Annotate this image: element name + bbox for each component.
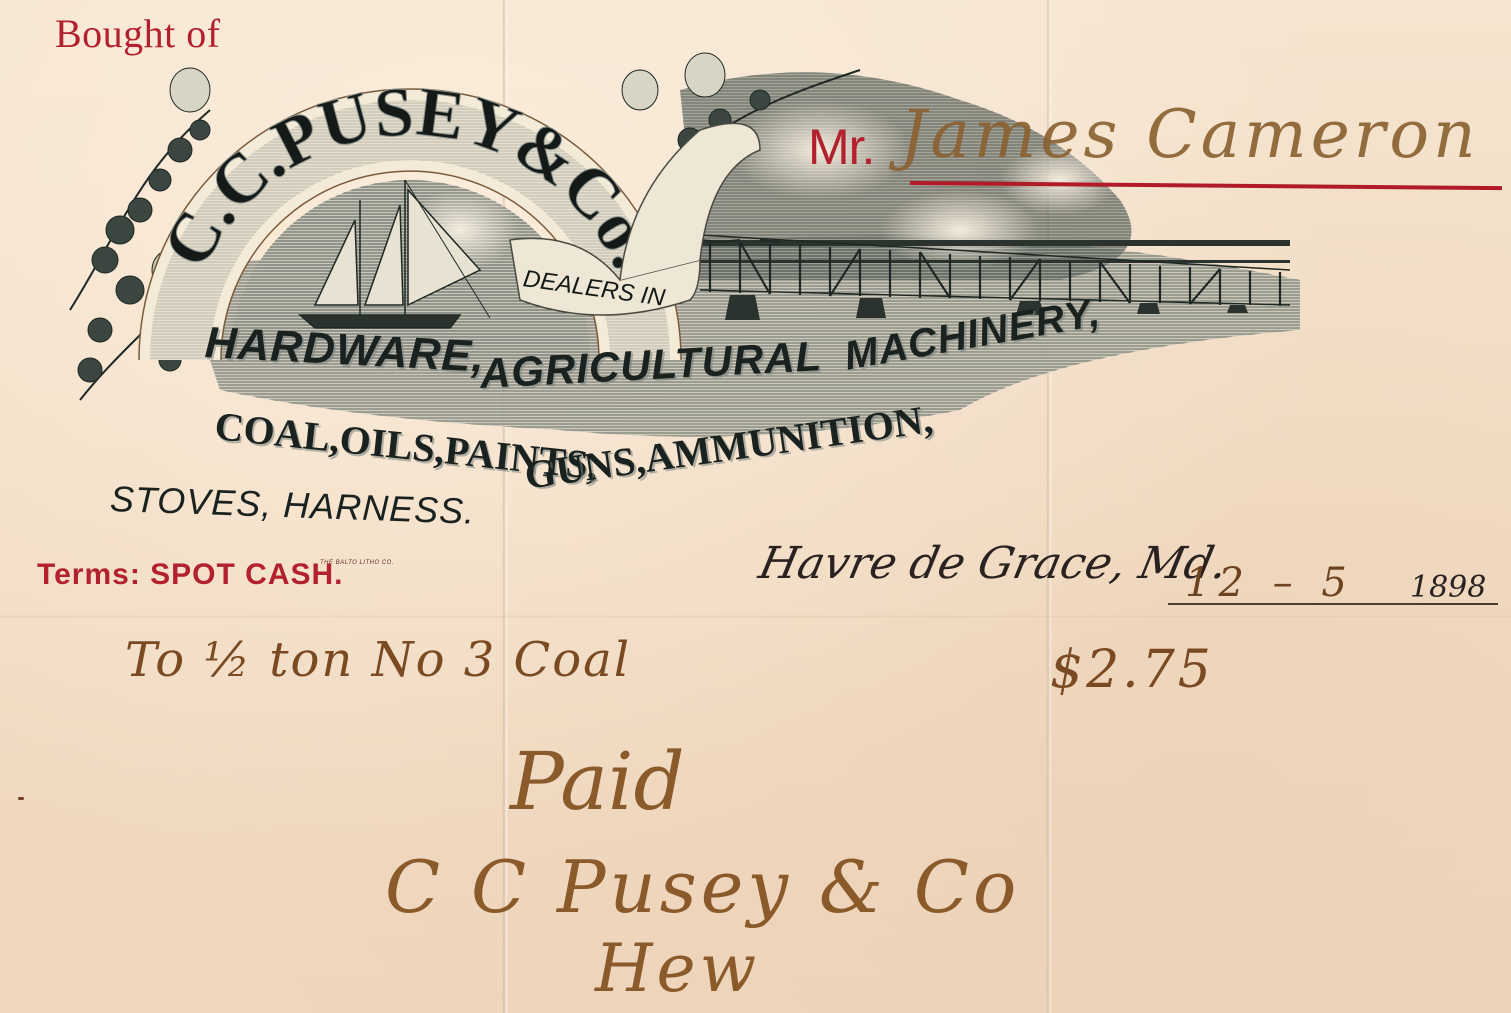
signature: C C Pusey & Co xyxy=(385,845,1020,929)
year-label: 1898 xyxy=(1410,570,1486,605)
line-item-description: To ½ ton No 3 Coal xyxy=(125,632,631,688)
place-label: Havre de Grace, Md. xyxy=(755,538,1233,589)
date-handwritten: 12 – 5 xyxy=(1185,560,1355,606)
ink-speck xyxy=(18,797,24,800)
lithographer-imprint: THE BALTO LITHO CO. xyxy=(320,560,394,566)
paper-fold-crease xyxy=(0,615,1511,618)
line-item-amount: $2.75 xyxy=(1050,640,1214,700)
receiver-initials: Hew xyxy=(595,930,760,1007)
paid-mark: Paid xyxy=(510,735,685,828)
salutation-label: Mr. xyxy=(808,118,874,176)
customer-name: James Cameron xyxy=(900,96,1480,173)
terms-label: Terms: SPOT CASH. xyxy=(37,558,344,592)
